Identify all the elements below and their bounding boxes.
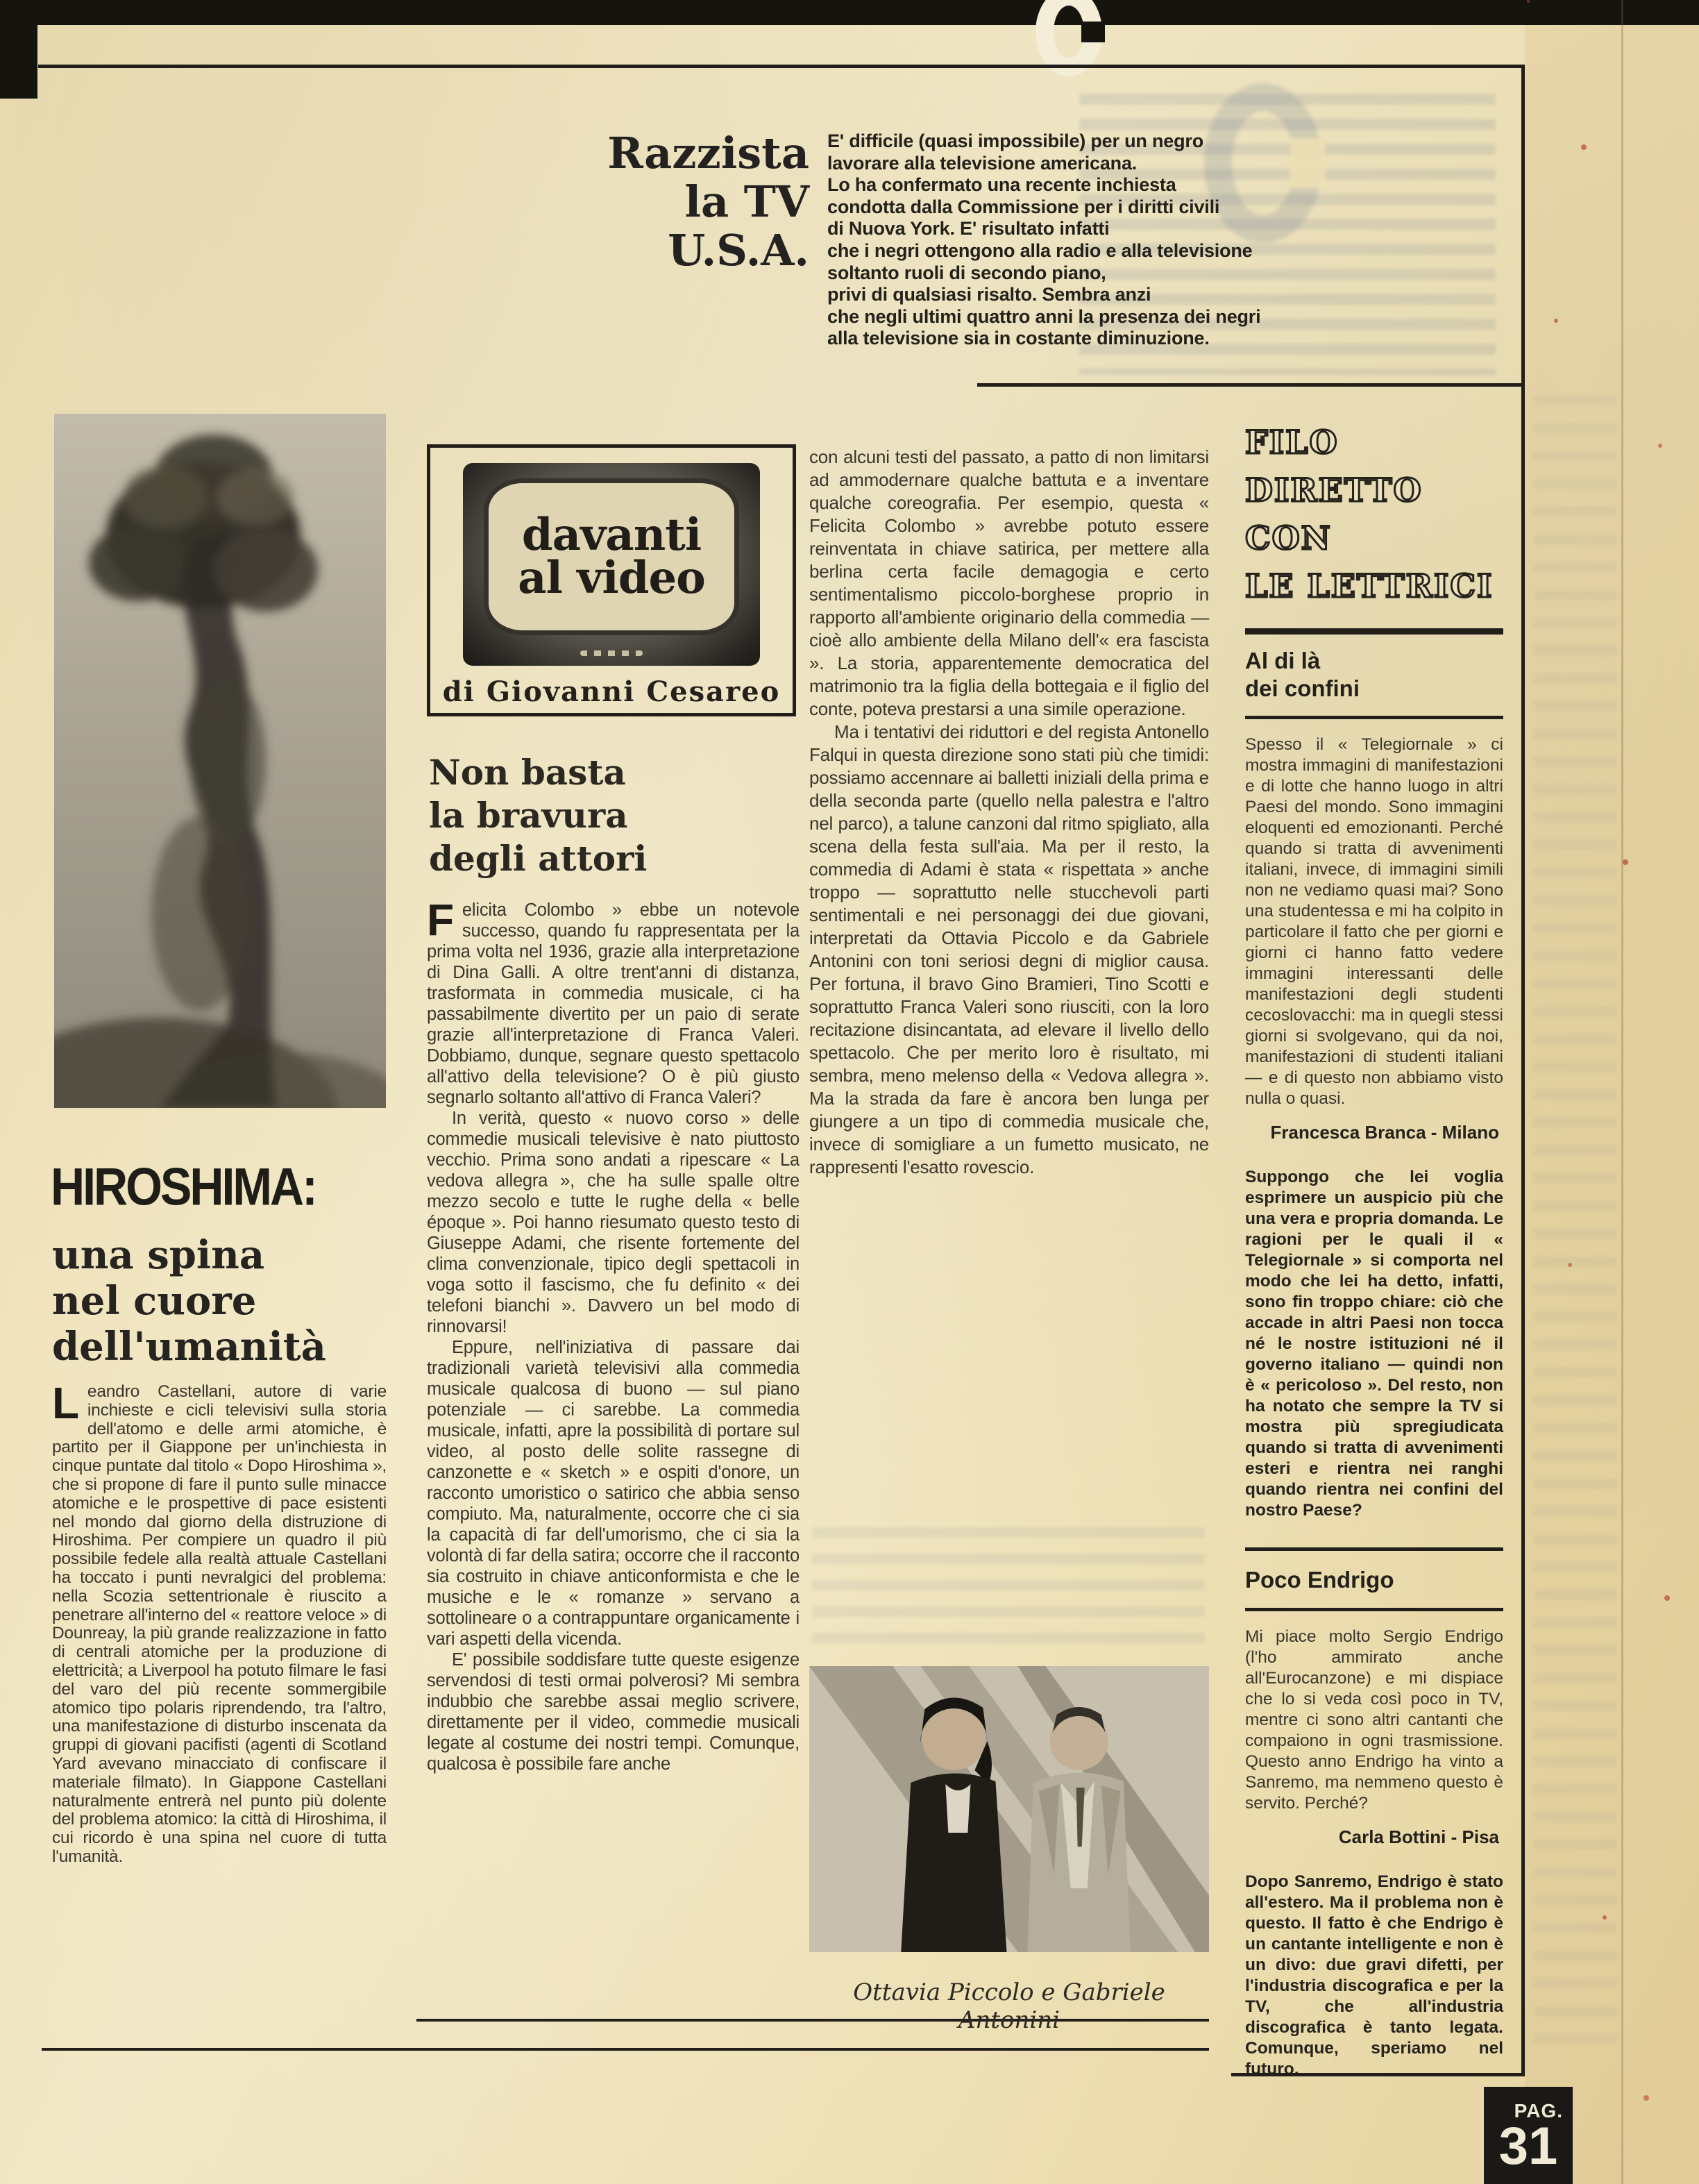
ink-speckles [1527, 0, 1530, 3]
mushroom-cloud-illustration [54, 414, 386, 1108]
paragraph: Leandro Castellani, autore di varie inch… [52, 1383, 387, 1867]
section-rule [1245, 716, 1503, 719]
dropcap: F [427, 900, 462, 937]
page-number-badge: PAG. 31 [1484, 2087, 1573, 2184]
letter-signature: Francesca Branca - Milano [1245, 1122, 1499, 1143]
letters-masthead: FILO DIRETTO CON LE LETTRICI [1245, 419, 1503, 610]
paragraph: In verità, questo « nuovo corso » delle … [427, 1108, 800, 1337]
letter-section-title: Al di là dei confini [1245, 647, 1503, 702]
dropcap: L [52, 1383, 87, 1420]
logo-line: davanti [522, 514, 701, 557]
top-story-headline: Razzista la TV U.S.A. [486, 129, 809, 275]
section-rule [1245, 1547, 1503, 1551]
headline-line: Non basta [429, 751, 790, 794]
scan-top-bar [0, 0, 1699, 25]
letters-panel: FILO DIRETTO CON LE LETTRICI Al di là de… [1231, 383, 1525, 2076]
editor-reply: Suppongo che lei voglia esprimere un aus… [1245, 1167, 1503, 1521]
subtitle-line: nel cuore [52, 1278, 385, 1324]
subtitle-line: una spina [52, 1232, 385, 1278]
paragraph: E' possibile soddisfare tutte queste esi… [427, 1649, 800, 1774]
section-divider-rule [977, 383, 1234, 387]
top-rule [38, 65, 1525, 68]
letter-signature: Carla Bottini - Pisa [1245, 1826, 1499, 1848]
reader-letter: Spesso il « Telegiornale » ci mostra imm… [1245, 734, 1503, 1109]
masthead-line: FILO DIRETTO [1245, 419, 1503, 514]
body-copy: elicita Colombo » ebbe un notevole succe… [427, 900, 800, 1107]
hiroshima-article-body: Leandro Castellani, autore di varie inch… [52, 1383, 387, 1867]
davanti-al-video-logo-box: davanti al video di Giovanni Cesareo [427, 444, 796, 716]
logo-line: al video [518, 557, 705, 600]
page-number: 31 [1499, 2122, 1558, 2171]
headline-line: U.S.A. [486, 226, 809, 275]
letter-section-title: Poco Endrigo [1245, 1566, 1503, 1594]
headline-line: degli attori [429, 837, 790, 880]
right-frame-rule [1521, 65, 1525, 387]
actors-illustration [809, 1666, 1209, 1952]
paragraph: Eppure, nell'iniziativa di passare dai t… [427, 1337, 800, 1649]
actors-photo [809, 1666, 1209, 1952]
right-margin [1525, 25, 1699, 2184]
column-byline: di Giovanni Cesareo [443, 675, 781, 708]
tv-set-icon: davanti al video [463, 463, 760, 666]
paper-crease [1621, 0, 1623, 2184]
bottom-rule-outer [42, 2048, 1209, 2051]
masthead-line: LE LETTRICI [1245, 562, 1503, 610]
masthead-rule [1245, 628, 1503, 635]
feature-column-1: Felicita Colombo » ebbe un notevole succ… [427, 900, 800, 1774]
headline-line: Razzista [486, 129, 809, 178]
feature-column-2: con alcuni testi del passato, a patto di… [809, 446, 1209, 1179]
title-line: dei confini [1245, 675, 1503, 703]
tv-speaker-dots [580, 650, 643, 656]
title-line: Al di là [1245, 647, 1503, 675]
masthead-line: CON [1245, 514, 1503, 562]
paragraph: Ma i tentativi dei riduttori e del regis… [809, 721, 1209, 1179]
scan-corner-mark [0, 0, 37, 99]
hiroshima-subtitle: una spina nel cuore dell'umanità [52, 1232, 385, 1370]
tv-screen: davanti al video [484, 478, 739, 635]
editor-reply: Dopo Sanremo, Endrigo è stato all'estero… [1245, 1872, 1503, 2076]
photo-caption: Ottavia Piccolo e Gabriele Antonini [809, 1979, 1209, 2034]
mushroom-cloud-photo [54, 414, 386, 1108]
bleedthrough-text [812, 1527, 1205, 1656]
headline-line: la TV [486, 178, 809, 226]
section-rule [1245, 1608, 1503, 1611]
reader-letter: Mi piace molto Sergio Endrigo (l'ho ammi… [1245, 1627, 1503, 1814]
headline-line: la bravura [429, 794, 790, 837]
top-story-intro: E' difficile (quasi impossibile) per un … [827, 131, 1383, 350]
paragraph: con alcuni testi del passato, a patto di… [809, 446, 1209, 721]
subtitle-line: dell'umanità [52, 1324, 385, 1370]
hiroshima-kicker: HIROSHIMA: [51, 1157, 391, 1217]
feature-headline: Non basta la bravura degli attori [429, 751, 790, 880]
paragraph: Felicita Colombo » ebbe un notevole succ… [427, 900, 800, 1108]
body-copy: eandro Castellani, autore di varie inchi… [52, 1382, 387, 1866]
magazine-page: Razzista la TV U.S.A. E' difficile (quas… [0, 0, 1699, 2184]
